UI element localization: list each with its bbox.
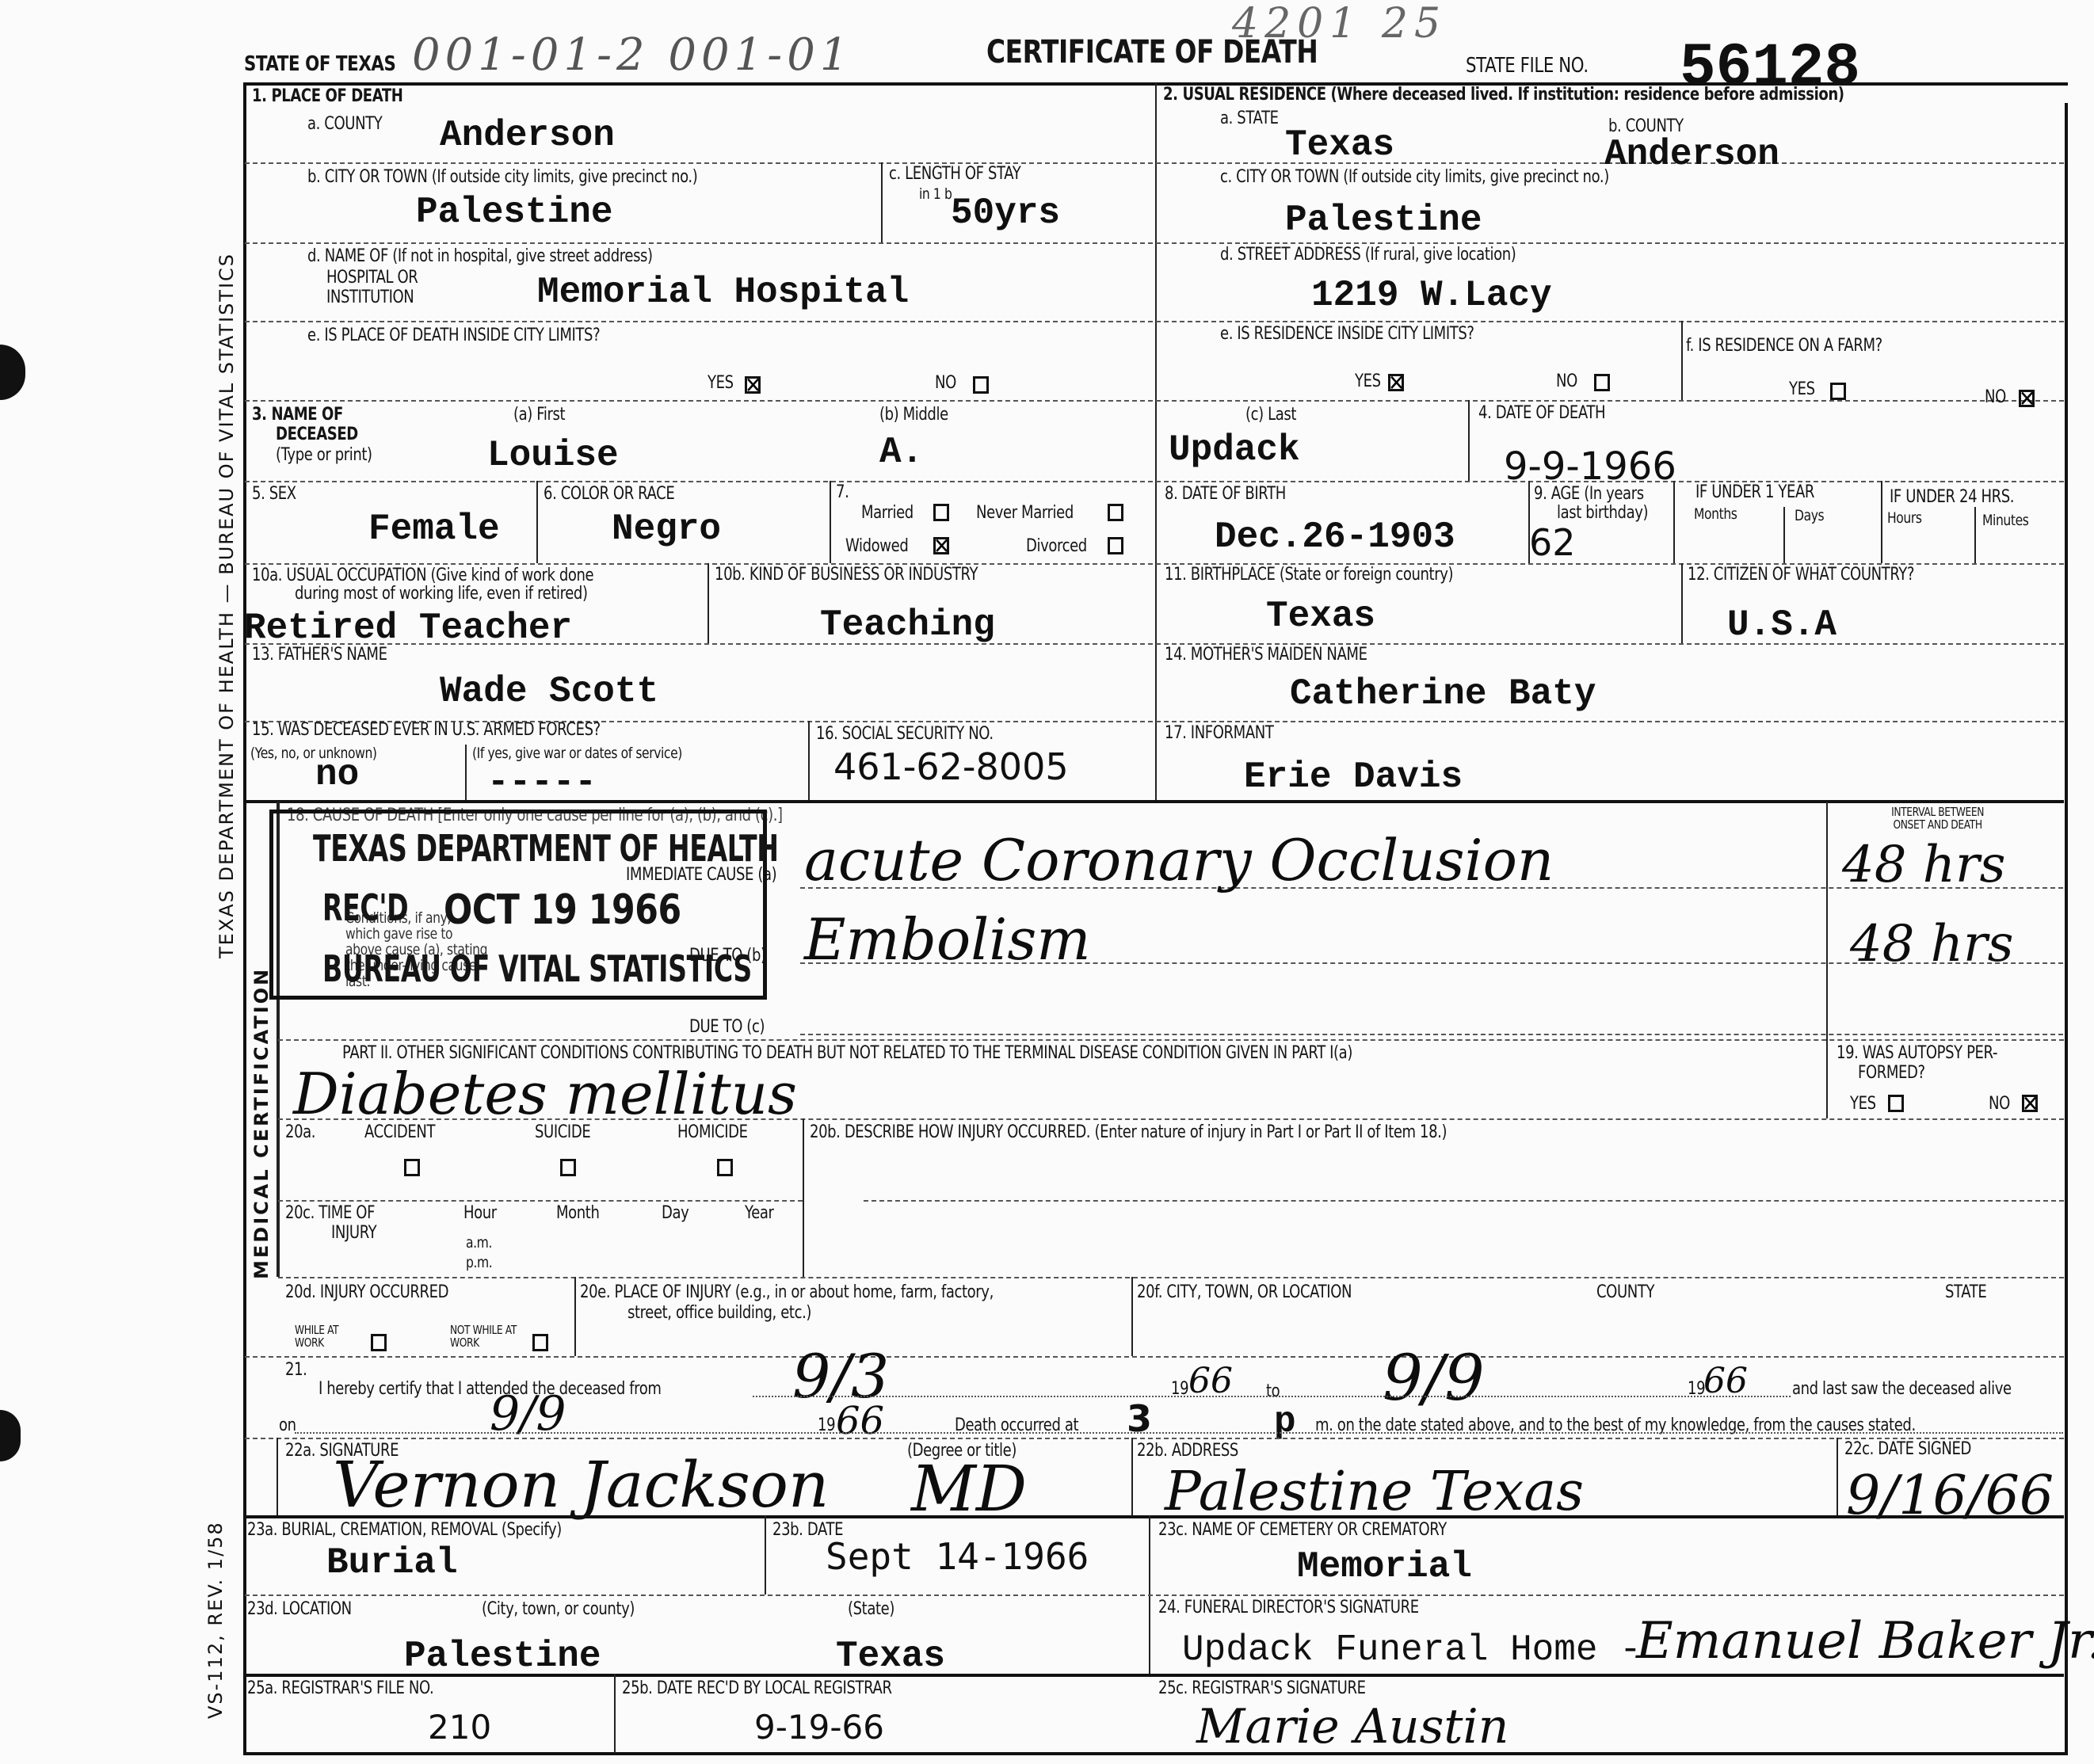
date-of-death-label: 4. DATE OF DEATH bbox=[1478, 404, 1605, 422]
autopsy-divider bbox=[1826, 1039, 1828, 1118]
hospital-label-2: HOSPITAL OR bbox=[326, 269, 418, 287]
never-married-label: Never Married bbox=[976, 504, 1074, 522]
informant-value: Erie Davis bbox=[1244, 759, 1463, 795]
widowed-label: Widowed bbox=[845, 537, 908, 555]
citizen-label: 12. CITIZEN OF WHAT COUNTRY? bbox=[1688, 566, 1914, 584]
birthplace-value: Texas bbox=[1266, 598, 1375, 634]
registrar-file-label: 25a. REGISTRAR'S FILE NO. bbox=[247, 1679, 433, 1697]
month-label: Month bbox=[556, 1204, 600, 1222]
homicide-label: HOMICIDE bbox=[677, 1123, 748, 1141]
injury-type-num: 20a. bbox=[285, 1123, 315, 1141]
row-divider bbox=[245, 321, 2064, 322]
farm-yes-checkbox[interactable] bbox=[1830, 383, 1846, 400]
form-left-border bbox=[243, 82, 246, 1754]
registrar-file-value: 210 bbox=[428, 1711, 491, 1744]
res-city-value: Palestine bbox=[1285, 202, 1482, 238]
registrar-date-value: 9-19-66 bbox=[754, 1711, 884, 1744]
handwritten-code: 001-01-2 001-01 bbox=[412, 33, 852, 78]
year-label: Year bbox=[745, 1204, 774, 1222]
married-label: Married bbox=[861, 504, 914, 522]
farm-yes-label: YES bbox=[1789, 380, 1815, 398]
cell-divider bbox=[1783, 507, 1785, 563]
pm-label: p.m. bbox=[466, 1255, 492, 1271]
while-at-work-label: WHILE AT WORK bbox=[295, 1324, 353, 1350]
row-divider bbox=[245, 242, 2064, 244]
first-name-value: Louise bbox=[487, 437, 619, 474]
cell-divider bbox=[808, 721, 810, 800]
industry-label: 10b. KIND OF BUSINESS OR INDUSTRY bbox=[715, 566, 978, 584]
suicide-checkbox[interactable] bbox=[560, 1159, 576, 1176]
not-while-at-work-label: NOT WHILE AT WORK bbox=[450, 1324, 521, 1350]
name-label-2: DECEASED bbox=[276, 425, 358, 444]
res-street-value: 1219 W.Lacy bbox=[1311, 277, 1552, 314]
injury-location-label: 20f. CITY, TOWN, OR LOCATION bbox=[1137, 1283, 1352, 1301]
handwritten-top-note: 4201 25 bbox=[1232, 3, 1447, 44]
farm-no-checkbox[interactable] bbox=[2019, 390, 2035, 407]
injury-state-label: STATE bbox=[1945, 1283, 1986, 1301]
sex-value: Female bbox=[368, 511, 500, 547]
cemetery-value: Memorial bbox=[1297, 1549, 1472, 1585]
death-yes-label: YES bbox=[708, 374, 734, 392]
describe-injury-label: 20b. DESCRIBE HOW INJURY OCCURRED. (Ente… bbox=[810, 1123, 1447, 1141]
cell-divider bbox=[277, 1438, 278, 1517]
cell-divider bbox=[1681, 563, 1683, 643]
months-label: Months bbox=[1694, 507, 1737, 523]
marital-status-num: 7. bbox=[836, 483, 849, 501]
state-file-label: STATE FILE NO. bbox=[1466, 55, 1589, 77]
day-label: Day bbox=[662, 1204, 688, 1222]
autopsy-yes-checkbox[interactable] bbox=[1888, 1095, 1904, 1112]
occupation-label-2: during most of working life, even if ret… bbox=[295, 585, 588, 603]
ssn-label: 16. SOCIAL SECURITY NO. bbox=[816, 725, 994, 743]
father-label: 13. FATHER'S NAME bbox=[252, 646, 387, 664]
registrar-signature: Marie Austin bbox=[1196, 1703, 1509, 1751]
registrar-date-label: 25b. DATE REC'D BY LOCAL REGISTRAR bbox=[622, 1679, 892, 1697]
attended-from-year: 66 bbox=[1188, 1364, 1233, 1399]
part2-label: PART II. OTHER SIGNIFICANT CONDITIONS CO… bbox=[342, 1044, 1352, 1062]
county-label: a. COUNTY bbox=[307, 115, 382, 133]
autopsy-yes-label: YES bbox=[1850, 1095, 1876, 1113]
cell-divider bbox=[1468, 400, 1470, 481]
name-label-3: (Type or print) bbox=[276, 446, 372, 464]
column-divider bbox=[1155, 82, 1157, 802]
birthplace-label: 11. BIRTHPLACE (State or foreign country… bbox=[1165, 566, 1453, 584]
stay-label: c. LENGTH OF STAY bbox=[889, 165, 1020, 183]
mother-value: Catherine Baty bbox=[1290, 676, 1596, 712]
occupation-label: 10a. USUAL OCCUPATION (Give kind of work… bbox=[252, 566, 593, 585]
place-of-death-heading: 1. PLACE OF DEATH bbox=[252, 87, 402, 105]
state-of-texas-label: STATE OF TEXAS bbox=[244, 54, 395, 75]
accident-label: ACCIDENT bbox=[364, 1123, 435, 1141]
stamp-received-label: REC'D bbox=[322, 889, 408, 927]
informant-label: 17. INFORMANT bbox=[1165, 724, 1273, 742]
cause-b-value: Embolism bbox=[804, 911, 1091, 968]
minutes-label: Minutes bbox=[1982, 513, 2028, 529]
race-value: Negro bbox=[612, 511, 721, 547]
ssn-value: 461-62-8005 bbox=[833, 749, 1069, 785]
divorced-label: Divorced bbox=[1026, 537, 1087, 555]
race-label: 6. COLOR OR RACE bbox=[544, 485, 674, 503]
place-of-injury-label: 20e. PLACE OF INJURY (e.g., in or about … bbox=[580, 1283, 994, 1301]
hospital-label: d. NAME OF (If not in hospital, give str… bbox=[307, 247, 653, 265]
date-of-death-value: 9-9-1966 bbox=[1504, 448, 1676, 486]
city-label: b. CITY OR TOWN (If outside city limits,… bbox=[307, 168, 697, 186]
cell-divider bbox=[536, 481, 538, 563]
registrar-signature-label: 25c. REGISTRAR'S SIGNATURE bbox=[1158, 1679, 1366, 1697]
degree-value: MD bbox=[911, 1457, 1027, 1521]
age-label-2: last birthday) bbox=[1557, 504, 1648, 522]
first-name-label: (a) First bbox=[513, 406, 565, 424]
dob-label: 8. DATE OF BIRTH bbox=[1165, 485, 1286, 503]
not-while-at-work-checkbox[interactable] bbox=[532, 1334, 548, 1351]
farm-no-label: NO bbox=[1985, 388, 2006, 406]
cemetery-label: 23c. NAME OF CEMETERY OR CREMATORY bbox=[1158, 1521, 1447, 1539]
middle-name-label: (b) Middle bbox=[879, 406, 948, 424]
cause-a-interval: 48 hrs bbox=[1842, 840, 2005, 890]
last-name-value: Updack bbox=[1169, 432, 1300, 468]
res-county-value: Anderson bbox=[1604, 136, 1779, 173]
disposition-value: Burial bbox=[326, 1545, 458, 1581]
row-divider bbox=[245, 1356, 2064, 1358]
row-divider bbox=[278, 1039, 2064, 1041]
homicide-checkbox[interactable] bbox=[717, 1159, 733, 1176]
death-city-value: Palestine bbox=[416, 194, 612, 231]
sex-label: 5. SEX bbox=[252, 485, 296, 503]
res-inside-limits-label: e. IS RESIDENCE INSIDE CITY LIMITS? bbox=[1220, 325, 1474, 343]
father-value: Wade Scott bbox=[440, 673, 658, 710]
department-vertical-label: TEXAS DEPARTMENT OF HEALTH — BUREAU OF V… bbox=[216, 253, 238, 958]
injury-divider bbox=[803, 1118, 804, 1277]
autopsy-no-label: NO bbox=[1989, 1095, 2010, 1113]
punch-hole-mark bbox=[0, 1410, 21, 1461]
hospital-label-3: INSTITUTION bbox=[326, 288, 414, 307]
death-ampm-value: p bbox=[1274, 1404, 1296, 1440]
armed-forces-label: 15. WAS DECEASED EVER IN U.S. ARMED FORC… bbox=[252, 721, 601, 739]
section-divider bbox=[245, 1515, 2064, 1518]
death-inside-limits-yes-checkbox[interactable] bbox=[745, 376, 761, 394]
cell-divider bbox=[765, 1515, 766, 1594]
cell-divider bbox=[614, 1674, 616, 1753]
last-seen-year: 66 bbox=[836, 1402, 884, 1440]
divorced-checkbox[interactable] bbox=[1108, 537, 1123, 554]
res-city-label: c. CITY OR TOWN (If outside city limits,… bbox=[1220, 168, 1609, 186]
cell-divider bbox=[1673, 481, 1675, 563]
days-label: Days bbox=[1795, 509, 1824, 524]
autopsy-label: 19. WAS AUTOPSY PER- bbox=[1837, 1044, 1997, 1062]
attended-to-date: 9/9 bbox=[1383, 1347, 1485, 1410]
citizen-value: U.S.A bbox=[1727, 607, 1837, 643]
occupation-value: Retired Teacher bbox=[244, 610, 572, 646]
address-label: 22b. ADDRESS bbox=[1137, 1442, 1238, 1460]
form-right-border bbox=[2065, 103, 2068, 1754]
cell-divider bbox=[708, 563, 709, 643]
stay-sub-label: in 1 b bbox=[919, 187, 952, 203]
am-label: a.m. bbox=[466, 1236, 492, 1252]
certify-line-1 bbox=[753, 1396, 1791, 1397]
cell-divider bbox=[574, 1277, 576, 1356]
res-yes-label: YES bbox=[1355, 372, 1381, 391]
last-seen-date: 9/9 bbox=[490, 1390, 566, 1438]
attended-to-year: 66 bbox=[1703, 1364, 1748, 1399]
under-1-year-label: IF UNDER 1 YEAR bbox=[1695, 483, 1814, 501]
injury-occurred-label: 20d. INJURY OCCURRED bbox=[285, 1283, 448, 1301]
armed-service-value: ----- bbox=[487, 764, 597, 801]
never-married-checkbox[interactable] bbox=[1108, 504, 1123, 521]
row-divider bbox=[864, 1200, 2064, 1202]
under-24-hrs-label: IF UNDER 24 HRS. bbox=[1890, 488, 2014, 506]
due-to-c-label: DUE TO (c) bbox=[689, 1018, 765, 1036]
res-county-label: b. COUNTY bbox=[1608, 117, 1684, 135]
punch-hole-mark bbox=[0, 345, 25, 400]
hours-label: Hours bbox=[1887, 511, 1922, 527]
funeral-home-value: Updack Funeral Home - bbox=[1182, 1632, 1642, 1668]
to-label: to bbox=[1266, 1382, 1280, 1400]
row-divider bbox=[245, 162, 2064, 164]
time-of-injury-label: 20c. TIME OF bbox=[285, 1204, 375, 1222]
row-divider bbox=[245, 400, 2064, 402]
part2-value: Diabetes mellitus bbox=[293, 1065, 797, 1122]
physician-address: Palestine Texas bbox=[1165, 1465, 1584, 1519]
res-state-label: a. STATE bbox=[1220, 109, 1279, 128]
farm-label: f. IS RESIDENCE ON A FARM? bbox=[1686, 337, 1882, 355]
married-checkbox[interactable] bbox=[933, 504, 949, 521]
suicide-label: SUICIDE bbox=[535, 1123, 590, 1141]
row-divider bbox=[245, 1438, 2064, 1439]
disposition-label: 23a. BURIAL, CREMATION, REMOVAL (Specify… bbox=[247, 1521, 562, 1539]
section-divider bbox=[245, 1674, 2064, 1677]
while-at-work-checkbox[interactable] bbox=[371, 1334, 387, 1351]
widowed-checkbox[interactable] bbox=[933, 537, 949, 554]
burial-date-value: Sept 14-1966 bbox=[826, 1538, 1089, 1575]
cell-divider bbox=[830, 481, 831, 563]
cell-divider bbox=[1881, 481, 1882, 563]
middle-name-value: A. bbox=[879, 434, 923, 471]
row-divider bbox=[278, 1200, 803, 1202]
autopsy-label-2: FORMED? bbox=[1858, 1064, 1925, 1082]
burial-state-value: Texas bbox=[836, 1638, 945, 1674]
armed-forces-value: no bbox=[315, 756, 359, 793]
cell-divider bbox=[1974, 507, 1976, 563]
name-label: 3. NAME OF bbox=[252, 406, 343, 424]
form-bottom-border bbox=[243, 1752, 2068, 1755]
form-number-label: VS-112, REV. 1/58 bbox=[204, 1521, 227, 1719]
certification-num: 21. bbox=[285, 1361, 307, 1379]
death-no-label: NO bbox=[935, 374, 956, 392]
burial-city-value: Palestine bbox=[404, 1638, 601, 1674]
cause-c-line bbox=[800, 1034, 2063, 1035]
res-inside-limits-no-checkbox[interactable] bbox=[1594, 374, 1610, 391]
last-name-label: (c) Last bbox=[1245, 406, 1296, 424]
armed-sub-label-2: (If yes, give war or dates of service) bbox=[472, 746, 682, 762]
location-label: 23d. LOCATION bbox=[247, 1600, 352, 1618]
cause-a-value: acute Coronary Occlusion bbox=[804, 832, 1554, 889]
interval-label: INTERVAL BETWEEN ONSET AND DEATH bbox=[1886, 806, 1989, 832]
stamp-received-date: OCT 19 1966 bbox=[444, 889, 681, 932]
funeral-director-signature: Emanuel Baker Jr. bbox=[1636, 1616, 2094, 1667]
cell-divider bbox=[1131, 1438, 1133, 1517]
row-divider bbox=[278, 1277, 2064, 1278]
length-of-stay-value: 50yrs bbox=[951, 195, 1060, 231]
physician-signature: Vernon Jackson bbox=[333, 1453, 829, 1517]
death-county-value: Anderson bbox=[440, 117, 615, 154]
on-label: on bbox=[279, 1416, 296, 1434]
inside-limits-label: e. IS PLACE OF DEATH INSIDE CITY LIMITS? bbox=[307, 326, 600, 345]
dob-value: Dec.26-1903 bbox=[1215, 519, 1455, 555]
time-of-injury-label-2: INJURY bbox=[331, 1224, 376, 1242]
stamp-line-1: TEXAS DEPARTMENT OF HEALTH bbox=[313, 829, 779, 867]
location-sub-label: (City, town, or county) bbox=[482, 1600, 635, 1618]
cell-divider bbox=[1837, 1438, 1838, 1517]
res-no-label: NO bbox=[1556, 372, 1577, 391]
stamp-line-3: BUREAU OF VITAL STATISTICS bbox=[322, 950, 752, 988]
res-street-label: d. STREET ADDRESS (If rural, give locati… bbox=[1220, 246, 1516, 264]
row-divider bbox=[245, 1594, 2064, 1596]
funeral-director-label: 24. FUNERAL DIRECTOR'S SIGNATURE bbox=[1158, 1598, 1419, 1617]
date-signed-label: 22c. DATE SIGNED bbox=[1844, 1440, 1971, 1458]
cell-divider bbox=[465, 745, 467, 800]
cell-divider bbox=[1131, 1277, 1133, 1356]
res-state-value: Texas bbox=[1285, 127, 1394, 163]
row-divider bbox=[278, 1118, 2064, 1120]
industry-value: Teaching bbox=[820, 607, 995, 643]
cell-divider bbox=[881, 162, 883, 242]
medical-certification-vertical-label: MEDICAL CERTIFICATION bbox=[250, 967, 273, 1279]
cell-divider bbox=[1681, 321, 1683, 400]
age-value: 62 bbox=[1529, 524, 1576, 561]
hospital-value: Memorial Hospital bbox=[537, 274, 909, 311]
hour-label: Hour bbox=[463, 1204, 497, 1222]
res-inside-limits-yes-checkbox[interactable] bbox=[1388, 374, 1404, 391]
place-of-injury-label-2: street, office building, etc.) bbox=[627, 1304, 811, 1322]
cause-b-interval: 48 hrs bbox=[1850, 919, 2013, 970]
injury-county-label: COUNTY bbox=[1596, 1283, 1654, 1301]
attended-from-date: 9/3 bbox=[792, 1347, 889, 1407]
certification-text-2: and last saw the deceased alive bbox=[1792, 1380, 2012, 1398]
death-inside-limits-no-checkbox[interactable] bbox=[973, 376, 989, 394]
autopsy-no-checkbox[interactable] bbox=[2022, 1095, 2038, 1112]
certify-line-2 bbox=[295, 1432, 2063, 1434]
received-stamp: TEXAS DEPARTMENT OF HEALTH REC'D OCT 19 … bbox=[269, 810, 767, 1000]
usual-residence-heading: 2. USUAL RESIDENCE (Where deceased lived… bbox=[1163, 86, 1844, 104]
state-sub-label: (State) bbox=[848, 1600, 894, 1618]
mother-label: 14. MOTHER'S MAIDEN NAME bbox=[1165, 646, 1367, 664]
accident-checkbox[interactable] bbox=[404, 1159, 420, 1176]
age-label: 9. AGE (In years bbox=[1534, 485, 1644, 503]
